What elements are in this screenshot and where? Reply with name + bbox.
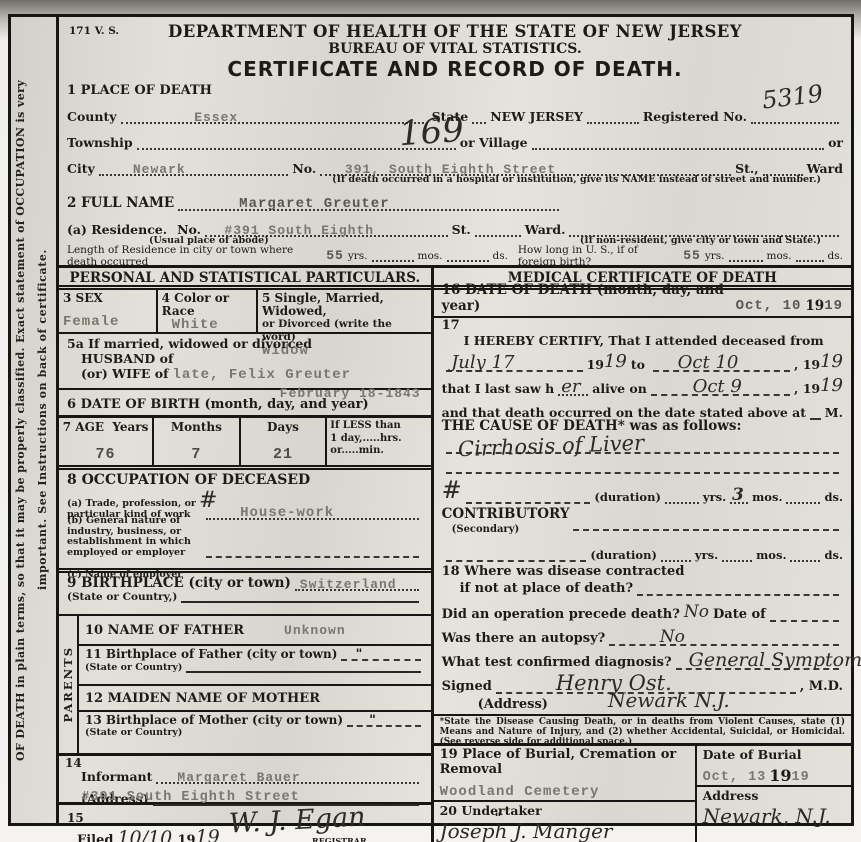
city-value: Newark	[133, 162, 186, 177]
undertaker-address-label: Address	[697, 787, 851, 804]
undertaker-value-row: Joseph J. Manger	[434, 819, 695, 842]
birthplace-value: Switzerland	[300, 577, 397, 592]
age-months-cell: Months 7	[154, 418, 241, 465]
duration-2-row: (duration) yrs. mos. ds.	[434, 542, 851, 564]
parents-label-text: PARENTS	[61, 646, 75, 722]
state-value: NEW JERSEY	[490, 109, 583, 124]
birthplace-sub-label: (State or Country,)	[67, 591, 177, 603]
date-of-birth-row: 6 DATE OF BIRTH (month, day, and year) F…	[59, 390, 431, 418]
residence-value: #391 South Eighth	[224, 223, 374, 238]
autopsy-line: No	[609, 633, 839, 646]
burial-grid: 19 Place of Burial, Cremation or Removal…	[434, 746, 851, 842]
parents-section: PARENTS 10 NAME OF FATHER Unknown 11 Bir…	[59, 616, 431, 756]
father-name-row: 10 NAME OF FATHER Unknown	[79, 616, 431, 646]
from-19: 19	[587, 357, 604, 372]
dash-line	[466, 491, 591, 504]
residence-row: (a) Residence. No. #391 South Eighth St.…	[59, 211, 851, 237]
informant-section: 14 Informant Margaret Bauer (Address) #3…	[59, 756, 431, 805]
burial-left-cell: 19 Place of Burial, Cremation or Removal…	[434, 746, 697, 842]
mother-bp-ditto: "	[369, 713, 376, 728]
spouse-section: 5a If married, widowed or divorced HUSBA…	[59, 334, 431, 390]
test-value: General Symptoms	[689, 649, 861, 671]
dots	[472, 111, 486, 124]
duration-label: (duration)	[594, 490, 661, 504]
scanned-death-certificate: OF DEATH in plain terms, so that it may …	[0, 0, 861, 842]
dots	[661, 549, 691, 562]
cause-of-death-section: THE CAUSE OF DEATH* was as follows: Cirr…	[434, 418, 851, 480]
certificate-paper: OF DEATH in plain terms, so that it may …	[8, 14, 854, 826]
less-line2: 1 day,.....hrs.	[330, 433, 401, 444]
to-date-value: Oct 10	[678, 352, 739, 373]
dots	[763, 163, 803, 176]
occupation-b-row: (b) General nature of industry, business…	[67, 522, 423, 558]
md-label: , M.D.	[800, 679, 843, 694]
less-than-label: If LESS than 1 day,.....hrs. or.....min.	[330, 420, 427, 458]
father-label: 10 NAME OF FATHER	[85, 623, 244, 638]
length-of-residence-row: Length of Residence in city or town wher…	[59, 246, 851, 268]
residence-ward-label: Ward.	[525, 222, 566, 237]
rule-line	[181, 591, 418, 603]
occupation-section: 8 OCCUPATION OF DECEASED (a) Trade, prof…	[59, 470, 431, 573]
birthplace-dotline: Switzerland	[295, 578, 419, 591]
mos-label: mos.	[418, 250, 443, 262]
registered-label: Registered No.	[643, 109, 747, 124]
birthplace-line: 9 BIRTHPLACE (city or town) Switzerland	[67, 575, 423, 591]
section-15-number: 15	[67, 811, 84, 825]
yrs-label: yrs.	[348, 250, 368, 262]
dots	[569, 224, 839, 237]
race-value: White	[162, 317, 252, 333]
physician-address-row: (Address) Newark N.J.	[434, 694, 851, 714]
operation-value: No	[684, 602, 709, 622]
filed-date-line: 10/10	[117, 835, 173, 842]
age-months-value: 7	[154, 446, 239, 465]
dash-line	[446, 461, 839, 474]
informant-label: Informant	[81, 769, 152, 784]
full-name-row: 2 FULL NAME Margaret Greuter	[59, 185, 851, 211]
burial-date-label: Date of Burial	[697, 746, 851, 763]
signed-label: Signed	[442, 679, 492, 694]
sex-race-marital-row: 3 SEX Female 4 Color or Race White 5 Sin…	[59, 290, 431, 334]
if-not-label: if not at place of death?	[460, 581, 633, 596]
dots	[475, 224, 521, 237]
sex-label: 3 SEX	[63, 292, 152, 305]
father-bp-label: 11 Birthplace of Father (city or town)	[85, 647, 337, 661]
form-header: 171 V. S. DEPARTMENT OF HEALTH OF THE ST…	[59, 17, 851, 268]
to-label: to	[631, 357, 645, 372]
occupation-b-line	[206, 545, 418, 558]
age-label: 7 AGE	[63, 420, 104, 434]
undertaker-signature: Joseph J. Manger	[440, 819, 613, 842]
saw-year: 19	[820, 375, 843, 396]
dots	[587, 111, 639, 124]
mother-bp-label: 13 Birthplace of Mother (city or town)	[85, 713, 343, 727]
yrs-label: yrs.	[705, 250, 725, 262]
dots	[372, 249, 414, 262]
informant-address-row: (Address) #391 South Eighth Street	[67, 784, 423, 806]
husband-of-label: HUSBAND of	[67, 351, 423, 366]
mother-birthplace-row: 13 Birthplace of Mother (city or town) "…	[79, 712, 431, 753]
dod-value: Oct, 10	[736, 298, 802, 314]
occupation-handwritten-mark: #	[199, 488, 217, 513]
residence-line: #391 South Eighth	[205, 224, 448, 237]
diagnosis-test-row: What test confirmed diagnosis? General S…	[434, 646, 851, 670]
mother-maiden-name-row: 12 MAIDEN NAME OF MOTHER	[79, 686, 431, 712]
mother-bp-sub-label: (State or Country)	[85, 727, 182, 738]
filed-date-value: 10/10	[117, 827, 172, 842]
autopsy-label: Was there an autopsy?	[442, 631, 606, 646]
saw-date-value: Oct 9	[693, 376, 742, 397]
section-1-place-of-death: 1 PLACE OF DEATH	[59, 81, 851, 98]
dots	[729, 249, 763, 262]
marital-cell: 5 Single, Married, Widowed, or Divorced …	[256, 290, 431, 332]
age-days-cell: Days 21	[241, 418, 328, 465]
ds-label: ds.	[493, 250, 508, 262]
disease-contracted-section: 18 Where was disease contracted if not a…	[434, 564, 851, 598]
duration-ds: ds.	[824, 490, 843, 504]
duration-mos-line: 3	[730, 491, 748, 504]
dots	[665, 491, 699, 504]
city-label: City	[67, 161, 95, 176]
dash-line	[446, 549, 587, 562]
date-of-death-row: 16 DATE OF DEATH (month, day, and year) …	[434, 290, 851, 318]
signature-line: Henry Ost.	[496, 681, 796, 694]
father-bp-line: 11 Birthplace of Father (city or town) "	[85, 647, 425, 661]
burial-section: 19 Place of Burial, Cremation or Removal…	[434, 746, 851, 842]
duration-mos: mos.	[752, 490, 782, 504]
sex-value: Female	[63, 314, 152, 330]
saw-fill-line: er	[558, 383, 588, 396]
undertaker-address-row: Newark, N.J.	[697, 804, 851, 842]
burial-right-cell: Date of Burial Oct, 13 19 19 Address	[697, 746, 851, 842]
contributory-section: CONTRIBUTORY (Secondary)	[434, 506, 851, 542]
dots	[796, 249, 824, 262]
parents-rows: 10 NAME OF FATHER Unknown 11 Birthplace …	[79, 616, 431, 753]
race-cell: 4 Color or Race White	[156, 290, 256, 332]
burial-date-value: Oct, 13	[703, 770, 767, 785]
undertaker-label: 20 Undertaker	[434, 802, 695, 819]
father-birthplace-row: 11 Birthplace of Father (city or town) "…	[79, 646, 431, 686]
filed-19: 19	[177, 833, 195, 842]
burial-date-line: Oct, 13 19 19	[703, 763, 845, 785]
burial-place-label: 19 Place of Burial, Cremation or Removal	[434, 746, 695, 778]
contributory-label: CONTRIBUTORY	[442, 506, 570, 522]
age-years-value: 76	[59, 446, 152, 465]
filed-section: 15 Filed 10/10 1919 W. J. Egan REGISTRAR	[59, 805, 431, 842]
where-contracted-line2: if not at place of death?	[442, 579, 843, 596]
duration2-label: (duration)	[590, 548, 657, 562]
signed-row: Signed Henry Ost. , M.D.	[434, 670, 851, 694]
attended-from-line: July 17 1919 to Oct 10 , 1919	[442, 348, 843, 372]
street-value: 391, South Eighth Street	[345, 162, 556, 177]
street-line: 391, South Eighth Street	[320, 163, 731, 176]
dots	[722, 549, 752, 562]
spouse-value: late, Felix Greuter	[172, 367, 351, 383]
full-name-value: Margaret Greuter	[239, 196, 389, 212]
howlong-value: 55	[683, 248, 701, 263]
date-of-label: Date of	[713, 607, 766, 622]
saw-date-line: Oct 9	[651, 383, 790, 396]
age-less-than-day-cell: If LESS than 1 day,.....hrs. or.....min.	[327, 418, 430, 465]
county-value: Essex	[194, 110, 238, 125]
dash-line	[637, 583, 839, 596]
marital-label: 5 Single, Married, Widowed,	[262, 291, 384, 318]
5a-label: 5a If married, widowed or divorced	[67, 336, 423, 351]
duration-yrs: yrs.	[703, 490, 726, 504]
death-occurred-line: and that death occurred on the date stat…	[442, 396, 843, 420]
certificate-title: CERTIFICATE AND RECORD OF DEATH.	[59, 57, 851, 81]
mother-bp-line: 13 Birthplace of Mother (city or town) "	[85, 713, 425, 727]
mother-bp-subline: (State or Country)	[85, 727, 425, 738]
test-label: What test confirmed diagnosis?	[442, 655, 672, 670]
department-title: DEPARTMENT OF HEALTH OF THE STATE OF NEW…	[59, 22, 851, 41]
saw-label-2: alive on	[592, 381, 647, 396]
cause-footnote: *State the Disease Causing Death, or in …	[434, 714, 851, 746]
years-label: Years	[112, 420, 148, 434]
length-label: Length of Residence in city or town wher…	[67, 244, 322, 268]
rule-line: "	[186, 661, 420, 673]
saw-label-1: that I last saw h	[442, 381, 555, 396]
birthplace-section: 9 BIRTHPLACE (city or town) Switzerland …	[59, 573, 431, 616]
dots	[790, 549, 820, 562]
city-row: City Newark No. 391, South Eighth Street…	[59, 150, 851, 176]
operation-row: Did an operation precede death? No Date …	[434, 598, 851, 622]
father-bp-subline: (State or Country) "	[85, 661, 425, 673]
birthplace-subline: (State or Country,)	[67, 591, 423, 603]
dash-line	[770, 609, 839, 622]
secondary-label: (Secondary)	[442, 524, 520, 535]
filed-label: Filed	[77, 833, 113, 842]
full-name-label: 2 FULL NAME	[67, 195, 174, 211]
mother-bp-dashline: "	[347, 714, 421, 727]
left-margin-strip: OF DEATH in plain terms, so that it may …	[11, 17, 59, 823]
contributory-label-wrap: CONTRIBUTORY (Secondary)	[442, 508, 570, 535]
burial-place-line: Woodland Cemetery	[440, 778, 689, 800]
or-label: or	[828, 135, 843, 150]
length-value: 55	[326, 248, 344, 263]
personal-particulars-header: PERSONAL AND STATISTICAL PARTICULARS.	[59, 268, 431, 290]
birthplace-label: 9 BIRTHPLACE (city or town)	[67, 575, 291, 591]
physician-signature: Henry Ost.	[556, 671, 672, 695]
father-bp-sub-label: (State or Country)	[85, 662, 182, 673]
certificate-form: 171 V. S. DEPARTMENT OF HEALTH OF THE ST…	[59, 17, 851, 823]
burial-19: 19	[769, 766, 791, 785]
duration2-mos: mos.	[756, 548, 786, 562]
bureau-title: BUREAU OF VITAL STATISTICS.	[59, 41, 851, 57]
to-year: 19	[820, 351, 843, 372]
burial-year: 19	[792, 770, 810, 785]
certification-section: 17 I HEREBY CERTIFY, That I attended dec…	[434, 318, 851, 418]
occupation-a-value: House-work	[240, 505, 334, 521]
mos-label: mos.	[767, 250, 792, 262]
months-label: Months	[154, 420, 239, 434]
duration-handwritten-mark: #	[442, 476, 462, 504]
undertaker-address-value: Newark, N.J.	[703, 804, 831, 828]
street-no-label: No.	[292, 161, 316, 176]
dod-year: 19	[824, 298, 843, 314]
sex-cell: 3 SEX Female	[59, 290, 156, 332]
informant-value: Margaret Bauer	[177, 770, 300, 785]
mother-label: 12 MAIDEN NAME OF MOTHER	[85, 691, 320, 706]
section-14-number: 14	[65, 756, 82, 770]
form-number: 171 V. S.	[69, 25, 119, 37]
operation-label: Did an operation precede death?	[442, 607, 680, 622]
saw-comma19: , 19	[794, 381, 820, 396]
informant-address-value: #391 South Eighth Street	[81, 790, 299, 805]
personal-particulars-column: PERSONAL AND STATISTICAL PARTICULARS. 3 …	[59, 268, 434, 842]
where-contracted-label: 18 Where was disease contracted	[442, 564, 843, 579]
village-label: or Village	[460, 135, 528, 150]
ds-label: ds.	[828, 250, 843, 262]
wife-of-line: (or) WIFE of late, Felix Greuter	[67, 366, 423, 383]
duration2-yrs: yrs.	[695, 548, 718, 562]
margin-note-line2: important. See Instructions on back of c…	[36, 17, 49, 823]
occupation-a-line: House-work	[206, 507, 418, 520]
father-bp-dashline: "	[341, 648, 420, 661]
occupation-header: 8 OCCUPATION OF DECEASED	[67, 472, 423, 488]
from-year: 19	[604, 351, 627, 372]
wife-of-label: (or) WIFE of	[81, 366, 168, 381]
saw-fill-value: er	[561, 376, 580, 397]
father-value: Unknown	[284, 623, 346, 638]
residence-st-label: St.	[452, 222, 471, 237]
margin-note-line1: OF DEATH in plain terms, so that it may …	[14, 17, 27, 823]
race-label: 4 Color or Race	[162, 292, 252, 317]
less-line3: or.....min.	[330, 445, 384, 456]
registrar-label: REGISTRAR	[312, 836, 367, 842]
occupation-b-label: (b) General nature of industry, business…	[67, 516, 202, 558]
filed-year: 19	[196, 826, 220, 842]
burial-place-value: Woodland Cemetery	[440, 784, 600, 800]
medical-certificate-column: MEDICAL CERTIFICATE OF DEATH 16 DATE OF …	[434, 268, 851, 842]
days-label: Days	[241, 420, 326, 434]
contributory-line	[573, 518, 839, 531]
physician-address-label: (Address)	[442, 697, 548, 712]
dod-label: 16 DATE OF DEATH (month, day, and year)	[442, 282, 734, 314]
county-label: County	[67, 109, 117, 124]
age-years-head: 7 AGE Years	[59, 420, 152, 434]
burial-date-value-row: Oct, 13 19 19	[697, 763, 851, 787]
city-line: Newark	[99, 163, 289, 176]
autopsy-value: No	[660, 627, 685, 647]
dots	[447, 249, 489, 262]
parents-vertical-label: PARENTS	[59, 616, 79, 753]
form-columns: PERSONAL AND STATISTICAL PARTICULARS. 3 …	[59, 268, 851, 842]
from-date-value: July 17	[451, 352, 514, 373]
informant-row: Informant Margaret Bauer	[67, 762, 423, 784]
village-line	[532, 137, 825, 150]
duration-mos-value: 3	[732, 485, 744, 505]
from-date-line: July 17	[446, 359, 583, 372]
age-row: 7 AGE Years 76 Months 7 Days 21	[59, 418, 431, 470]
to-date-line: Oct 10	[653, 359, 790, 372]
township-handwritten-value: 169	[398, 110, 466, 154]
test-line: General Symptoms	[676, 657, 839, 670]
last-saw-line: that I last saw h er alive on Oct 9 , 19…	[442, 372, 843, 396]
dob-value: February 18-1843	[280, 386, 421, 401]
duration2-ds: ds.	[824, 548, 843, 562]
dod-19: 19	[805, 298, 824, 314]
father-bp-ditto: "	[356, 647, 363, 662]
autopsy-row: Was there an autopsy? No	[434, 622, 851, 646]
informant-line: Margaret Bauer	[156, 771, 418, 784]
burial-place-value-row: Woodland Cemetery	[434, 778, 695, 802]
howlong-label: How long in U. S., if of foreign birth?	[518, 244, 679, 268]
county-line: Essex	[121, 111, 428, 124]
contributory-row: CONTRIBUTORY (Secondary)	[442, 508, 843, 535]
to-comma19: , 19	[794, 357, 820, 372]
township-label: Township	[67, 135, 133, 150]
duration-row: # (duration) yrs. 3 mos. ds.	[434, 480, 851, 506]
section-17-number: 17	[442, 318, 843, 333]
age-years-cell: 7 AGE Years 76	[59, 418, 154, 465]
full-name-line: Margaret Greuter	[178, 198, 559, 211]
age-days-value: 21	[241, 446, 326, 465]
dots	[786, 491, 820, 504]
certify-text: I HEREBY CERTIFY, That I attended deceas…	[442, 333, 843, 348]
less-line1: If LESS than	[330, 420, 400, 431]
